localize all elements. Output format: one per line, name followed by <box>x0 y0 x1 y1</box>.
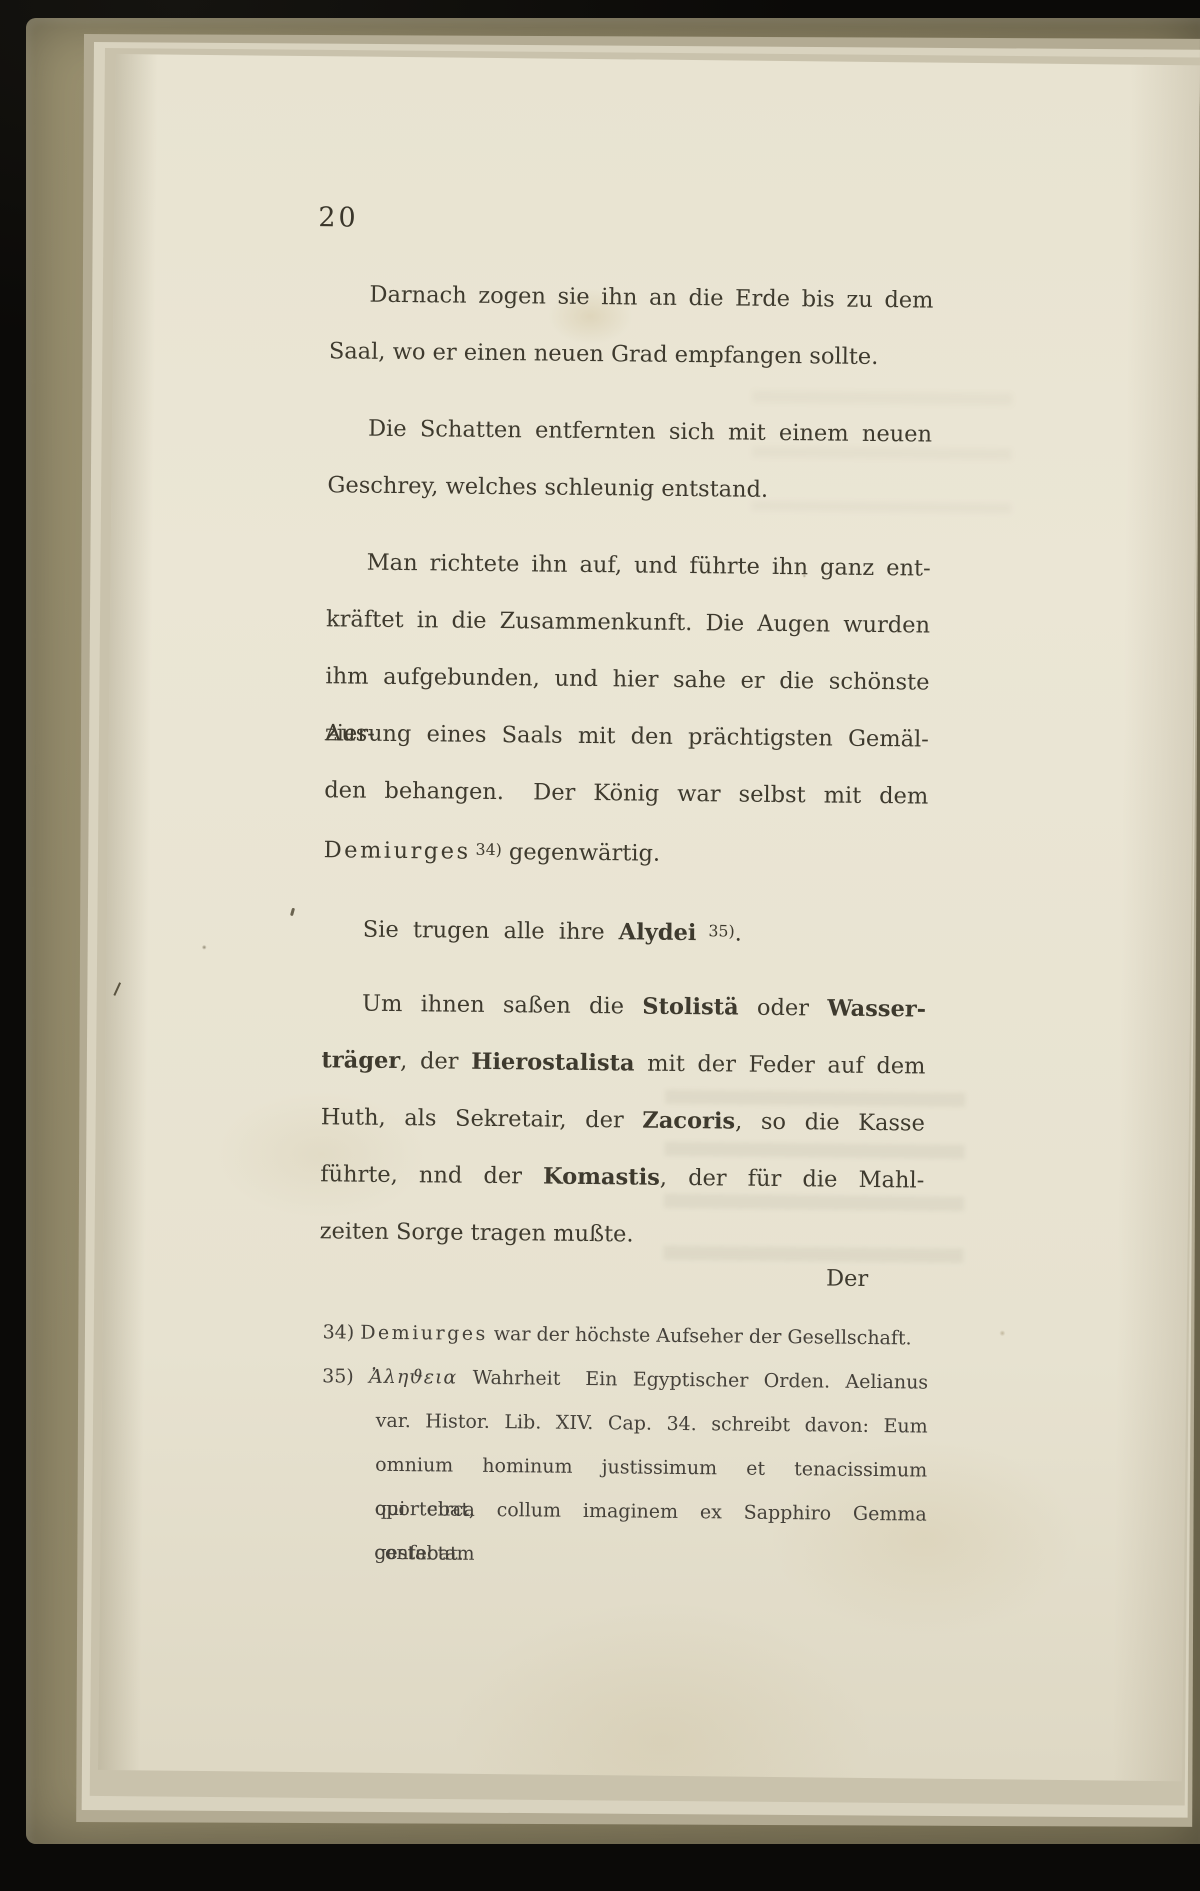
antiqua-name: Demiurges <box>360 1322 488 1345</box>
text-line: Saal, wo er einen neuen Grad empfangen s… <box>329 323 934 386</box>
fraktur-text: Wahrheit Ein Egyptischer Orden. <box>457 1367 845 1393</box>
emphasized-name: Hierostalista <box>471 1049 635 1077</box>
catchword: Der <box>319 1260 868 1292</box>
fraktur-text: Huth, als Sekretair, der <box>321 1104 643 1133</box>
text-line: Man richtete ihn auf, und führte ihn gan… <box>326 534 931 597</box>
fraktur-text: Geschrey, welches schleunig entstand. <box>327 472 768 503</box>
text-line: kräftet in die Zusammenkunft. Die Augen … <box>326 591 931 654</box>
emphasized-name: träger <box>321 1047 400 1074</box>
footnote-block: 34) Demiurges war der höchste Aufseher d… <box>320 1310 929 1580</box>
emphasized-name: Alydei <box>619 919 697 946</box>
fraktur-text: war der höchste Aufseher der Gesellschaf… <box>488 1323 912 1349</box>
paragraph: Sie trugen alle ihre Alydei 35). <box>323 898 928 961</box>
text-line: Um ihnen saßen die Stolistä oder Wasser- <box>322 975 927 1038</box>
text-line: zierung eines Saals mit den prächtigsten… <box>325 705 930 768</box>
footnote: 34) Demiurges war der höchste Aufseher d… <box>322 1310 928 1360</box>
footnote-line: 34) Demiurges war der höchste Aufseher d… <box>322 1310 928 1360</box>
footnote-line: 35) Ἀληϑεια Wahrheit Ein Egyptischer Ord… <box>322 1354 928 1404</box>
latin-text: Eum <box>883 1415 927 1437</box>
text-line: Die Schatten entfernten sich mit einem n… <box>328 400 933 463</box>
fraktur-text: mit der Feder auf dem <box>634 1050 925 1079</box>
paragraph: Die Schatten entfernten sich mit einem n… <box>327 400 932 520</box>
latin-text: var. Histor. Lib. XIV. Cap. <box>376 1410 667 1435</box>
footnote-line: var. Histor. Lib. XIV. Cap. 34. schreibt… <box>321 1398 927 1448</box>
emphasized-name: Komastis <box>543 1164 660 1191</box>
antiqua-name: Demiurges <box>324 837 471 865</box>
text-line: Demiurges 34) gegenwärtig. <box>323 819 928 882</box>
fraktur-text: Saal, wo er einen neuen Grad empfangen s… <box>329 338 879 370</box>
paper-speck <box>290 908 295 917</box>
fraktur-text: . <box>735 920 742 946</box>
fraktur-text: , so die Kasse <box>735 1109 925 1137</box>
fraktur-text: oder <box>739 995 828 1022</box>
text-block: Darnach zogen sie ihn an die Erde bis zu… <box>319 266 933 1266</box>
fraktur-text: 34. schreibt davon: <box>666 1413 883 1437</box>
latin-text: gestabat. <box>374 1542 464 1565</box>
text-line: führte, nnd der Komastis, der für die Ma… <box>320 1146 925 1209</box>
footnote-marker: 34) <box>323 1321 361 1343</box>
footnote-line: omnium hominum justissimum et tenacissim… <box>321 1442 927 1492</box>
emphasized-name: Wasser- <box>827 996 926 1023</box>
footnote-marker: 35) <box>322 1365 369 1387</box>
latin-text: Aelianus <box>845 1371 928 1394</box>
fraktur-text: Man richtete ihn auf, und führte ihn gan… <box>367 550 931 582</box>
greek-word: Ἀληϑεια <box>369 1366 457 1389</box>
emphasized-name: Zacoris <box>642 1108 735 1135</box>
text-line: Sie trugen alle ihre Alydei 35). <box>323 898 928 961</box>
text-line: den behangen. Der König war selbst mit d… <box>324 762 929 825</box>
fraktur-text: Darnach zogen sie ihn an die Erde bis zu… <box>369 282 933 314</box>
fraktur-text: kräftet in die Zusammenkunft. Die Augen … <box>326 606 930 638</box>
paragraph: Darnach zogen sie ihn an die Erde bis zu… <box>329 266 934 386</box>
fraktur-text: zierung eines Saals mit den prächtigsten… <box>325 720 929 752</box>
paragraph: Man richtete ihn auf, und führte ihn gan… <box>323 534 931 882</box>
footnote-line: gestabat. <box>320 1530 926 1580</box>
page-number: 20 <box>318 202 359 233</box>
text-line: Darnach zogen sie ihn an die Erde bis zu… <box>329 266 934 329</box>
page: 20 Darnach zogen sie ihn an die Erde bis… <box>98 54 1200 1781</box>
fraktur-text: gegenwärtig. <box>502 839 661 867</box>
footnote-reference: 34) <box>470 840 501 859</box>
fraktur-text: zeiten Sorge tragen mußte. <box>320 1218 634 1247</box>
book-page-scan: 20 Darnach zogen sie ihn an die Erde bis… <box>0 0 1200 1891</box>
text-line: träger, der Hierostalista mit der Feder … <box>321 1032 926 1095</box>
footnote-line: qui circa collum imaginem ex Sapphiro Ge… <box>321 1486 927 1536</box>
fraktur-text: , der für die Mahl- <box>660 1165 925 1194</box>
paragraph: Um ihnen saßen die Stolistä oder Wasser-… <box>319 975 926 1266</box>
footnote: 35) Ἀληϑεια Wahrheit Ein Egyptischer Ord… <box>320 1354 928 1580</box>
text-line: zeiten Sorge tragen mußte. <box>319 1203 924 1266</box>
text-line: ihm aufgebunden, und hier sahe er die sc… <box>325 648 930 711</box>
text-line: Huth, als Sekretair, der Zacoris, so die… <box>321 1089 926 1152</box>
fraktur-text: Sie trugen alle ihre <box>363 917 619 946</box>
fraktur-text: führte, nnd der <box>320 1161 543 1189</box>
emphasized-name: Stolistä <box>642 994 739 1021</box>
footnote-reference: 35) <box>696 921 734 940</box>
fraktur-text: den behangen. Der König war selbst mit d… <box>324 777 928 809</box>
fraktur-text: Um ihnen saßen die <box>362 991 642 1020</box>
fraktur-text: , der <box>400 1048 471 1075</box>
text-line: Geschrey, welches schleunig entstand. <box>327 457 932 520</box>
fraktur-text: Die Schatten entfernten sich mit einem n… <box>368 416 932 448</box>
paper-speck <box>113 982 121 996</box>
